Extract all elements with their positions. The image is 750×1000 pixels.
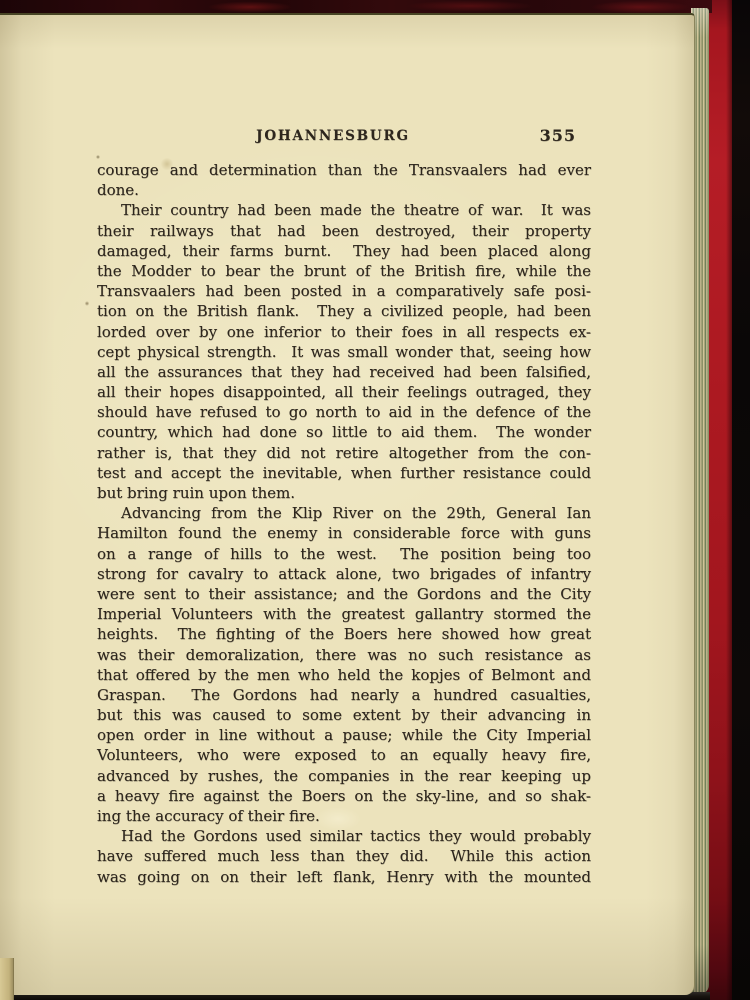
text-line: advanced by rushes, the companies in the…	[97, 766, 591, 786]
text-line: but bring ruin upon them.	[97, 483, 591, 503]
text-line: heights. The fighting of the Boers here …	[97, 624, 591, 644]
page-number: 355	[540, 126, 576, 145]
text-line: the Modder to bear the brunt of the Brit…	[97, 261, 591, 281]
text-line: on a range of hills to the west. The pos…	[97, 544, 591, 564]
text-line: have suffered much less than they did. W…	[97, 846, 591, 866]
text-line: Transvaalers had been posted in a compar…	[97, 281, 591, 301]
text-line: rather is, that they did not retire alto…	[97, 443, 591, 463]
text-line: that offered by the men who held the kop…	[97, 665, 591, 685]
paper-speck	[85, 301, 89, 306]
text-block: courage and determination than the Trans…	[97, 160, 591, 887]
text-line: strong for cavalry to attack alone, two …	[97, 564, 591, 584]
text-line: their railways that had been destroyed, …	[97, 221, 591, 241]
text-line: Graspan. The Gordons had nearly a hundre…	[97, 685, 591, 705]
text-line: tion on the British flank. They a civili…	[97, 301, 591, 321]
text-line: Advancing from the Klip River on the 29t…	[97, 503, 591, 523]
text-line: done.	[97, 180, 591, 200]
underlying-page-edge	[0, 958, 14, 1000]
text-line: Hamilton found the enemy in considerable…	[97, 523, 591, 543]
text-line: lorded over by one inferior to their foe…	[97, 322, 591, 342]
text-line: country, which had done so little to aid…	[97, 422, 591, 442]
text-line: courage and determination than the Trans…	[97, 160, 591, 180]
text-line: were sent to their assistance; and the G…	[97, 584, 591, 604]
page-title: JOHANNESBURG	[256, 128, 410, 144]
paper-speck	[96, 155, 100, 159]
text-line: cept physical strength. It was small won…	[97, 342, 591, 362]
paragraph: Advancing from the Klip River on the 29t…	[97, 503, 591, 826]
text-line: should have refused to go north to aid i…	[97, 402, 591, 422]
text-line: Had the Gordons used similar tactics the…	[97, 826, 591, 846]
text-line: Their country had been made the theatre …	[97, 200, 591, 220]
text-line: Volunteers, who were exposed to an equal…	[97, 745, 591, 765]
book-cover-edge-top	[0, 0, 712, 13]
paragraph: Had the Gordons used similar tactics the…	[97, 826, 591, 887]
text-line: all their hopes disappointed, all their …	[97, 382, 591, 402]
text-line: was their demoralization, there was no s…	[97, 645, 591, 665]
text-line: all the assurances that they had receive…	[97, 362, 591, 382]
text-line: but this was caused to some extent by th…	[97, 705, 591, 725]
paragraph: courage and determination than the Trans…	[97, 160, 591, 200]
text-line: test and accept the inevitable, when fur…	[97, 463, 591, 483]
running-header: JOHANNESBURG 355	[97, 128, 591, 148]
text-line: ing the accuracy of their fire.	[97, 806, 591, 826]
text-line: damaged, their farms burnt. They had bee…	[97, 241, 591, 261]
text-line: open order in line without a pause; whil…	[97, 725, 591, 745]
paragraph: Their country had been made the theatre …	[97, 200, 591, 503]
text-line: Imperial Volunteers with the greatest ga…	[97, 604, 591, 624]
text-line: a heavy fire against the Boers on the sk…	[97, 786, 591, 806]
text-line: was going on on their left flank, Henry …	[97, 867, 591, 887]
book-scan: JOHANNESBURG 355 courage and determinati…	[0, 0, 750, 1000]
